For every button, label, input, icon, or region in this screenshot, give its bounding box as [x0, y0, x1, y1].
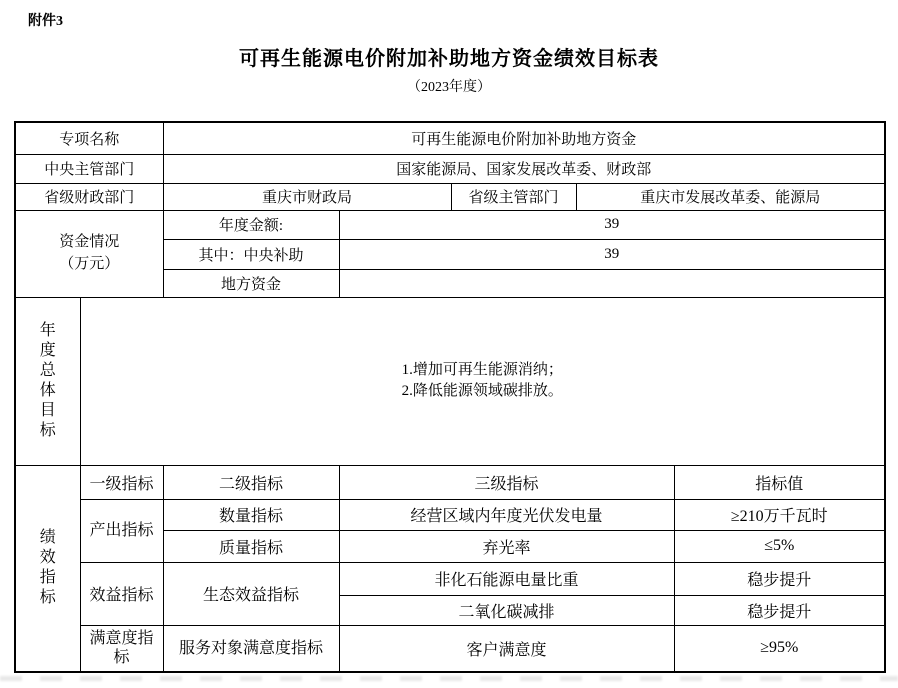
quality-indicator-value: ≤5% — [674, 530, 885, 562]
nonfossil-share-l3: 非化石能源电量比重 — [339, 562, 674, 595]
customer-satisfaction-l3: 客户满意度 — [339, 625, 674, 672]
funding-section-label: 资金情况 （万元） — [15, 210, 163, 297]
table-row: 产出指标 数量指标 经营区域内年度光伏发电量 ≥210万千瓦时 — [15, 499, 885, 530]
annual-goal-line-1: 1.增加可再生能源消纳； — [83, 360, 883, 381]
central-subsidy-label: 其中：中央补助 — [163, 239, 339, 269]
annual-amount-value: 39 — [339, 210, 885, 239]
attachment-label: 附件3 — [28, 10, 63, 30]
nonfossil-share-value: 稳步提升 — [674, 562, 885, 595]
table-row: 绩效指标 一级指标 二级指标 三级指标 指标值 — [15, 465, 885, 499]
page-subtitle: （2023年度） — [0, 76, 898, 96]
annual-goal-line-2: 2.降低能源领域碳排放。 — [83, 381, 883, 402]
benefit-indicator-label: 效益指标 — [80, 562, 163, 625]
customer-satisfaction-value: ≥95% — [674, 625, 885, 672]
central-subsidy-value: 39 — [339, 239, 885, 269]
table-row: 中央主管部门 国家能源局、国家发展改革委、财政部 — [15, 154, 885, 183]
header-level1: 一级指标 — [80, 465, 163, 499]
central-dept-label: 中央主管部门 — [15, 154, 163, 183]
eco-benefit-indicator-label: 生态效益指标 — [163, 562, 339, 625]
header-level3: 三级指标 — [339, 465, 674, 499]
local-fund-label: 地方资金 — [163, 269, 339, 297]
annual-goal-section-label: 年度总体目标 — [15, 297, 80, 465]
scan-artifact — [0, 676, 898, 681]
funding-section-label-line2: （万元） — [18, 254, 161, 276]
co2-reduction-l3: 二氧化碳减排 — [339, 595, 674, 625]
provincial-finance-label: 省级财政部门 — [15, 183, 163, 210]
table-row: 省级财政部门 重庆市财政局 省级主管部门 重庆市发展改革委、能源局 — [15, 183, 885, 210]
quantity-indicator-l3: 经营区域内年度光伏发电量 — [339, 499, 674, 530]
co2-reduction-value: 稳步提升 — [674, 595, 885, 625]
annual-amount-label: 年度金额: — [163, 210, 339, 239]
output-indicator-label: 产出指标 — [80, 499, 163, 562]
quality-indicator-label: 质量指标 — [163, 530, 339, 562]
provincial-dept-label: 省级主管部门 — [451, 183, 576, 210]
table-row: 效益指标 生态效益指标 非化石能源电量比重 稳步提升 — [15, 562, 885, 595]
quantity-indicator-value: ≥210万千瓦时 — [674, 499, 885, 530]
project-name-value: 可再生能源电价附加补助地方资金 — [163, 122, 885, 154]
satisfaction-indicator-label: 满意度指标 — [80, 625, 163, 672]
provincial-dept-value: 重庆市发展改革委、能源局 — [576, 183, 885, 210]
table-row: 满意度指标 服务对象满意度指标 客户满意度 ≥95% — [15, 625, 885, 672]
local-fund-value — [339, 269, 885, 297]
table-row: 年度总体目标 1.增加可再生能源消纳； 2.降低能源领域碳排放。 — [15, 297, 885, 465]
service-target-satisfaction-label: 服务对象满意度指标 — [163, 625, 339, 672]
funding-section-label-line1: 资金情况 — [18, 232, 161, 254]
provincial-finance-value: 重庆市财政局 — [163, 183, 451, 210]
quality-indicator-l3: 弃光率 — [339, 530, 674, 562]
table-row: 专项名称 可再生能源电价附加补助地方资金 — [15, 122, 885, 154]
central-dept-value: 国家能源局、国家发展改革委、财政部 — [163, 154, 885, 183]
performance-target-table: 专项名称 可再生能源电价附加补助地方资金 中央主管部门 国家能源局、国家发展改革… — [14, 121, 886, 673]
header-value: 指标值 — [674, 465, 885, 499]
indicators-section-label: 绩效指标 — [15, 465, 80, 672]
project-name-label: 专项名称 — [15, 122, 163, 154]
header-level2: 二级指标 — [163, 465, 339, 499]
quantity-indicator-label: 数量指标 — [163, 499, 339, 530]
page-title: 可再生能源电价附加补助地方资金绩效目标表 — [0, 42, 898, 71]
annual-goal-content: 1.增加可再生能源消纳； 2.降低能源领域碳排放。 — [80, 297, 885, 465]
table-row: 资金情况 （万元） 年度金额: 39 — [15, 210, 885, 239]
